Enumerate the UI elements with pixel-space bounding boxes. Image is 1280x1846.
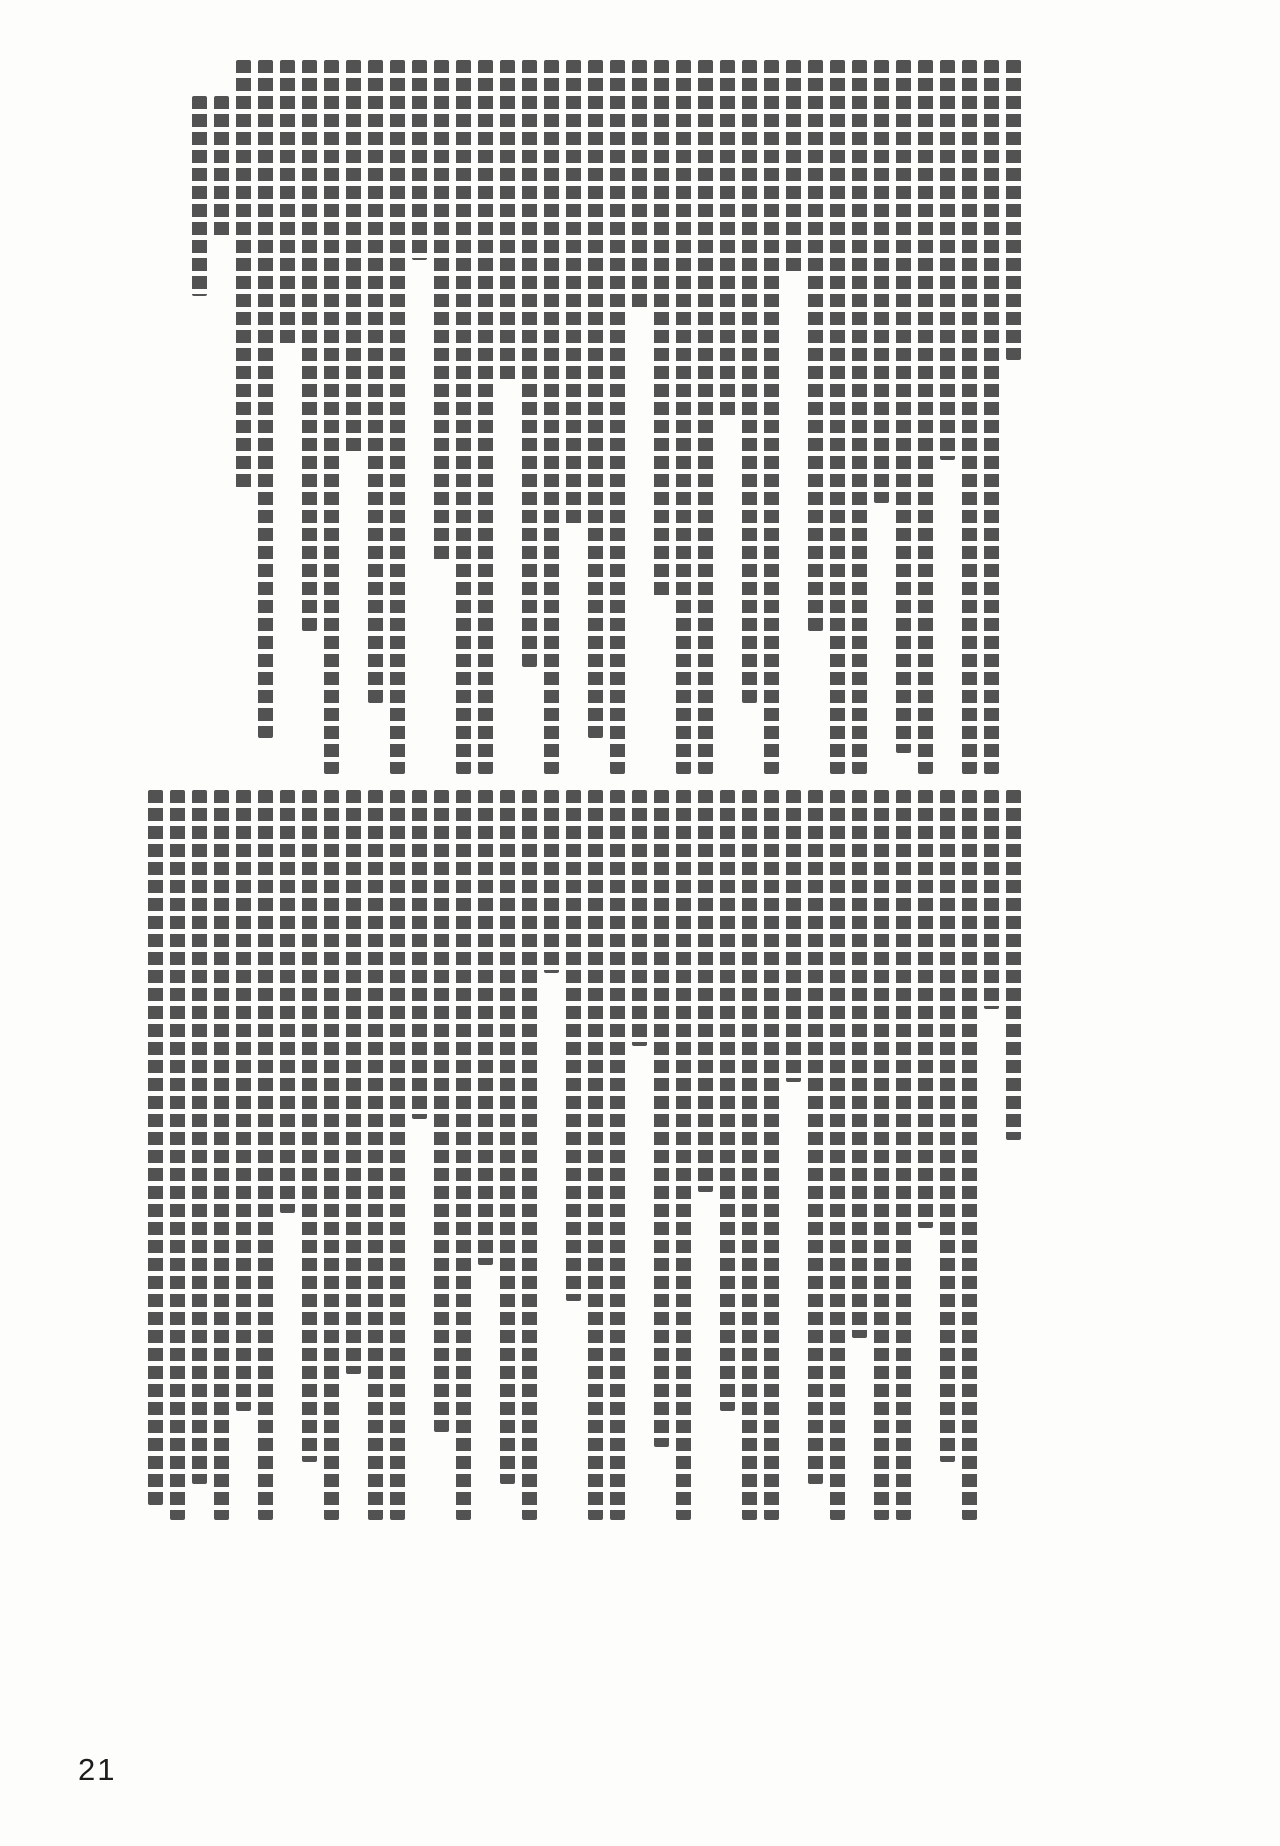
text-column [147,790,164,1520]
text-column [191,60,208,774]
text-column [785,790,802,1520]
redacted-text-run [676,790,691,1520]
redacted-text-run [874,790,889,1520]
redacted-text-run [764,790,779,1520]
redacted-text-run [830,790,845,1520]
redacted-text-run [984,790,999,1009]
redacted-text-run [478,790,493,1265]
redacted-text-run [478,60,493,774]
text-column [829,790,846,1520]
text-column [565,790,582,1520]
text-column [961,60,978,774]
text-column [499,60,516,774]
text-column [345,790,362,1520]
text-block-bottom [142,790,1022,1520]
redacted-text-run [852,60,867,774]
redacted-text-run [786,790,801,1082]
text-column [455,790,472,1520]
text-column [521,790,538,1520]
redacted-text-run [280,790,295,1213]
text-column [235,790,252,1520]
redacted-text-run [676,60,691,774]
text-column [939,790,956,1520]
redacted-text-run [280,60,295,346]
document-page: 21 Body text is sexually explicit prose … [0,0,1280,1846]
redacted-text-run [588,60,603,738]
text-column [477,790,494,1520]
text-column [675,790,692,1520]
text-column [389,60,406,774]
text-column [917,790,934,1520]
text-column [653,60,670,774]
text-column [169,790,186,1520]
redacted-text-run [302,60,317,631]
text-column [851,790,868,1520]
redacted-text-run [544,790,559,973]
redacted-text-run [434,790,449,1432]
text-column [763,60,780,774]
text-column [675,60,692,774]
text-column [587,60,604,774]
text-column [367,790,384,1520]
redacted-text-run [984,60,999,774]
text-column [719,790,736,1520]
redacted-text-run [918,790,933,1228]
redacted-text-run [434,60,449,560]
text-column [411,60,428,774]
text-column [895,60,912,774]
redacted-text-run [412,60,427,260]
text-column [609,790,626,1520]
text-column [235,60,252,774]
redacted-text-run [830,60,845,774]
text-column [323,60,340,774]
redacted-text-run [918,60,933,774]
redacted-text-run [896,790,911,1520]
redacted-text-run [632,60,647,310]
text-column [213,790,230,1520]
text-column [301,60,318,774]
redacted-text-run [214,790,229,1520]
text-column [521,60,538,774]
text-column [961,790,978,1520]
text-column [543,60,560,774]
text-column [895,790,912,1520]
redacted-text-run [522,790,537,1520]
redacted-text-run [962,60,977,774]
redacted-text-run [896,60,911,753]
text-column [411,790,428,1520]
redacted-text-run [1006,60,1021,360]
redacted-text-run [588,790,603,1520]
redacted-text-run [456,790,471,1520]
text-column [631,790,648,1520]
text-column [389,790,406,1520]
redacted-text-run [500,790,515,1484]
redacted-text-run [390,60,405,774]
redacted-text-run [302,790,317,1462]
redacted-text-run [654,60,669,596]
redacted-text-run [742,790,757,1520]
redacted-text-run [874,60,889,503]
text-column [719,60,736,774]
text-column [785,60,802,774]
redacted-text-run [654,790,669,1447]
text-column [345,60,362,774]
redacted-text-run [808,790,823,1484]
redacted-text-run [148,790,163,1505]
text-column [741,60,758,774]
text-column [213,60,230,774]
text-column [279,790,296,1520]
redacted-text-run [786,60,801,274]
redacted-text-run [566,790,581,1301]
redacted-text-run [808,60,823,631]
text-column [477,60,494,774]
text-column [1005,60,1022,774]
redacted-text-run [610,60,625,774]
redacted-text-run [720,60,735,417]
redacted-text-run [610,790,625,1520]
text-column [741,790,758,1520]
redacted-text-run [390,790,405,1520]
redacted-text-run [170,790,185,1520]
redacted-text-run [544,60,559,774]
text-column [323,790,340,1520]
redacted-text-run [852,790,867,1338]
page-number: 21 [78,1752,116,1788]
text-column [609,60,626,774]
text-column [873,60,890,774]
text-column [983,790,1000,1520]
text-column [587,790,604,1520]
redacted-text-run [368,60,383,703]
redacted-text-run [632,790,647,1046]
text-column [653,790,670,1520]
text-block-top [186,60,1022,774]
text-column [499,790,516,1520]
text-column [565,60,582,774]
redacted-text-run [346,790,361,1374]
redacted-text-run [720,790,735,1411]
redacted-text-run [412,790,427,1119]
redacted-text-run [698,60,713,774]
redacted-text-run [742,60,757,703]
text-column [257,790,274,1520]
redacted-text-run [566,60,581,524]
redacted-text-run [258,790,273,1520]
redacted-text-run [214,96,229,239]
text-column [983,60,1000,774]
redacted-text-run [236,790,251,1411]
text-column [807,790,824,1520]
redacted-text-run [522,60,537,667]
redacted-text-run [962,790,977,1520]
redacted-text-run [192,96,207,296]
text-column [939,60,956,774]
redacted-text-run [368,790,383,1520]
redacted-text-run [346,60,361,453]
text-column [301,790,318,1520]
text-column [763,790,780,1520]
text-column [697,60,714,774]
text-column [851,60,868,774]
text-column [367,60,384,774]
text-column [543,790,560,1520]
text-column [631,60,648,774]
redacted-text-run [456,60,471,774]
text-column [257,60,274,774]
text-column [829,60,846,774]
redacted-text-run [764,60,779,774]
text-column [697,790,714,1520]
text-column [917,60,934,774]
text-column [455,60,472,774]
text-column [433,60,450,774]
text-column [807,60,824,774]
redacted-text-run [324,60,339,774]
text-column [279,60,296,774]
text-column [433,790,450,1520]
text-column [191,790,208,1520]
redacted-text-run [324,790,339,1520]
redacted-text-run [698,790,713,1192]
redacted-text-run [192,790,207,1484]
redacted-text-run [940,790,955,1462]
redacted-text-run [236,60,251,488]
text-column [873,790,890,1520]
text-column [1005,790,1022,1520]
redacted-text-run [258,60,273,738]
redacted-text-run [940,60,955,460]
redacted-text-run [500,60,515,381]
redacted-text-run [1006,790,1021,1140]
